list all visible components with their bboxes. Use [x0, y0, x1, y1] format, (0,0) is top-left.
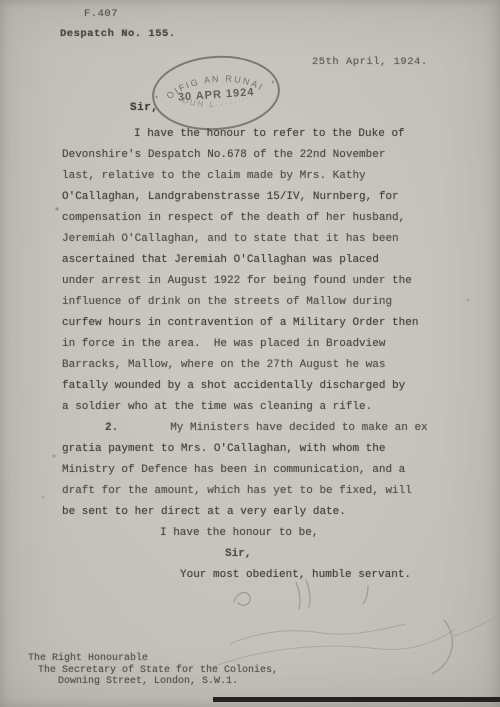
body-line: fatally wounded by a shot accidentally d… [62, 376, 482, 397]
body-line: Ministry of Defence has been in communic… [62, 460, 482, 481]
body-line: curfew hours in contravention of a Milit… [62, 313, 482, 334]
scan-edge-artifact [213, 697, 500, 702]
stamp-subtext-top: · ·· · [204, 79, 226, 86]
body-line: influence of drink on the streets of Mal… [62, 292, 482, 313]
body-line: under arrest in August 1922 for being fo… [62, 271, 482, 292]
recipient-line: Downing Street, London, S.W.1. [28, 676, 278, 688]
stamp-star-right: * [271, 79, 275, 88]
body-line: last, relative to the claim made by Mrs.… [62, 166, 482, 187]
body-line: gratia payment to Mrs. O'Callaghan, with… [62, 439, 482, 460]
despatch-number: Despatch No. 155. [60, 28, 176, 40]
recipient-address: The Right Honourable The Secretary of St… [28, 653, 278, 688]
closing-line: Sir, [62, 544, 482, 565]
recipient-line: The Secretary of State for the Colonies, [28, 665, 278, 677]
body-line: Devonshire's Despatch No.678 of the 22nd… [62, 145, 482, 166]
salutation: Sir, [130, 102, 158, 114]
body-line: I have the honour to refer to the Duke o… [62, 124, 482, 145]
recipient-line: The Right Honourable [28, 653, 278, 665]
body-line: in force in the area. He was placed in B… [62, 334, 482, 355]
letter-page: F.407 Despatch No. 155. 25th April, 1924… [0, 0, 500, 707]
body-line-text: My Ministers have decided to make an ex [170, 422, 427, 434]
body-line: draft for the amount, which has yet to b… [62, 481, 482, 502]
closing-line: I have the honour to be, [62, 523, 482, 544]
body-line: ascertained that Jeremiah O'Callaghan wa… [62, 250, 482, 271]
file-number: F.407 [84, 8, 118, 20]
body-line: Barracks, Mallow, where on the 27th Augu… [62, 355, 482, 376]
letter-body: I have the honour to refer to the Duke o… [62, 124, 482, 586]
letter-date: 25th April, 1924. [312, 56, 428, 68]
body-line: compensation in respect of the death of … [62, 208, 482, 229]
body-line: 2.My Ministers have decided to make an e… [62, 418, 482, 439]
paragraph-number: 2. [105, 422, 118, 434]
body-line: Jeremiah O'Callaghan, and to state that … [62, 229, 482, 250]
body-line: O'Callaghan, Landgrabenstrasse 15/IV, Nu… [62, 187, 482, 208]
body-line: a soldier who at the time was cleaning a… [62, 397, 482, 418]
body-line: be sent to her direct at a very early da… [62, 502, 482, 523]
